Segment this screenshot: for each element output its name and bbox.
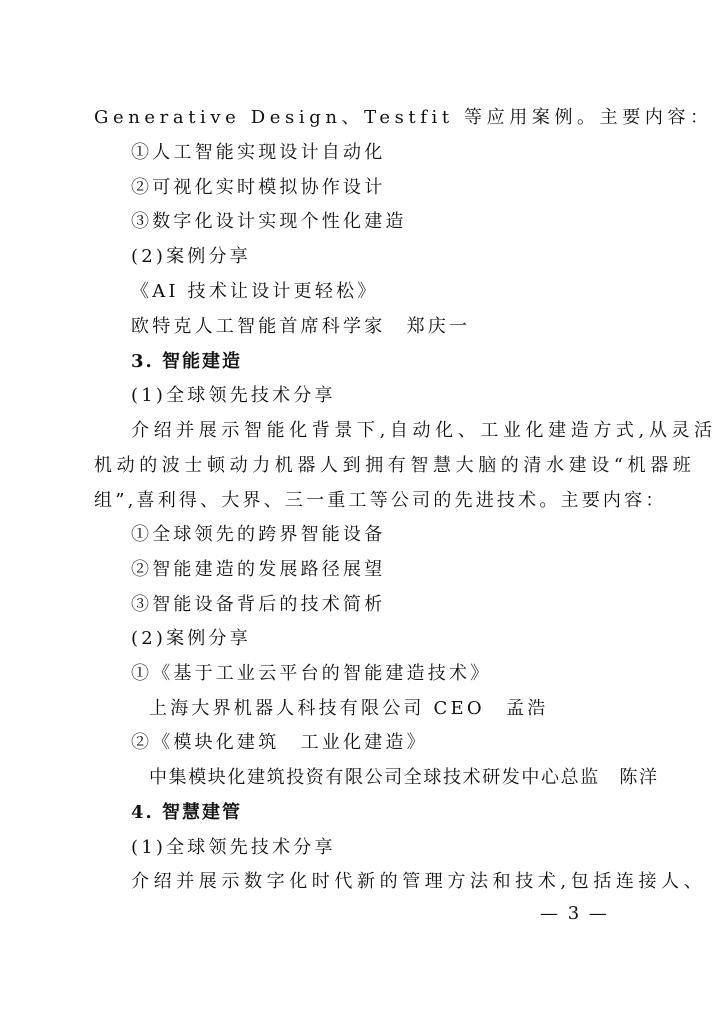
section-heading: 4. 智慧建管 [131, 801, 242, 825]
speaker-line: 上海大界机器人科技有限公司 CEO 孟浩 [149, 697, 548, 721]
case-title: 《AI 技术让设计更轻松》 [131, 280, 378, 304]
case-title: ②《模块化建筑 工业化建造》 [131, 731, 428, 755]
subsection-heading: (1)全球领先技术分享 [131, 384, 336, 408]
paragraph-line: 介绍并展示智能化背景下,自动化、工业化建造方式,从灵活 [131, 419, 717, 443]
paragraph-line: 介绍并展示数字化时代新的管理方法和技术,包括连接人、 [131, 870, 706, 894]
case-title: ①《基于工业云平台的智能建造技术》 [131, 662, 491, 686]
subsection-heading: (2)案例分享 [131, 627, 251, 651]
list-item: ①全球领先的跨界智能设备 [131, 523, 385, 547]
list-item: ②可视化实时模拟协作设计 [131, 176, 385, 200]
list-item: ①人工智能实现设计自动化 [131, 141, 385, 165]
paragraph-line: 组”,喜利得、大界、三一重工等公司的先进技术。主要内容： [94, 489, 667, 513]
subsection-heading: (2)案例分享 [131, 245, 251, 269]
list-item: ③智能设备背后的技术简析 [131, 593, 385, 617]
intro-continuation: Generative Design、Testfit 等应用案例。主要内容： [94, 106, 713, 130]
page-number: — 3 — [540, 902, 609, 926]
speaker-line: 欧特克人工智能首席科学家 郑庆一 [131, 315, 470, 339]
list-item: ②智能建造的发展路径展望 [131, 558, 385, 582]
subsection-heading: (1)全球领先技术分享 [131, 836, 336, 860]
speaker-line: 中集模块化建筑投资有限公司全球技术研发中心总监 陈洋 [149, 766, 659, 790]
paragraph-line: 机动的波士顿动力机器人到拥有智慧大脑的清水建设“机器班 [94, 454, 695, 478]
section-heading: 3. 智能建造 [131, 350, 242, 374]
list-item: ③数字化设计实现个性化建造 [131, 210, 407, 234]
